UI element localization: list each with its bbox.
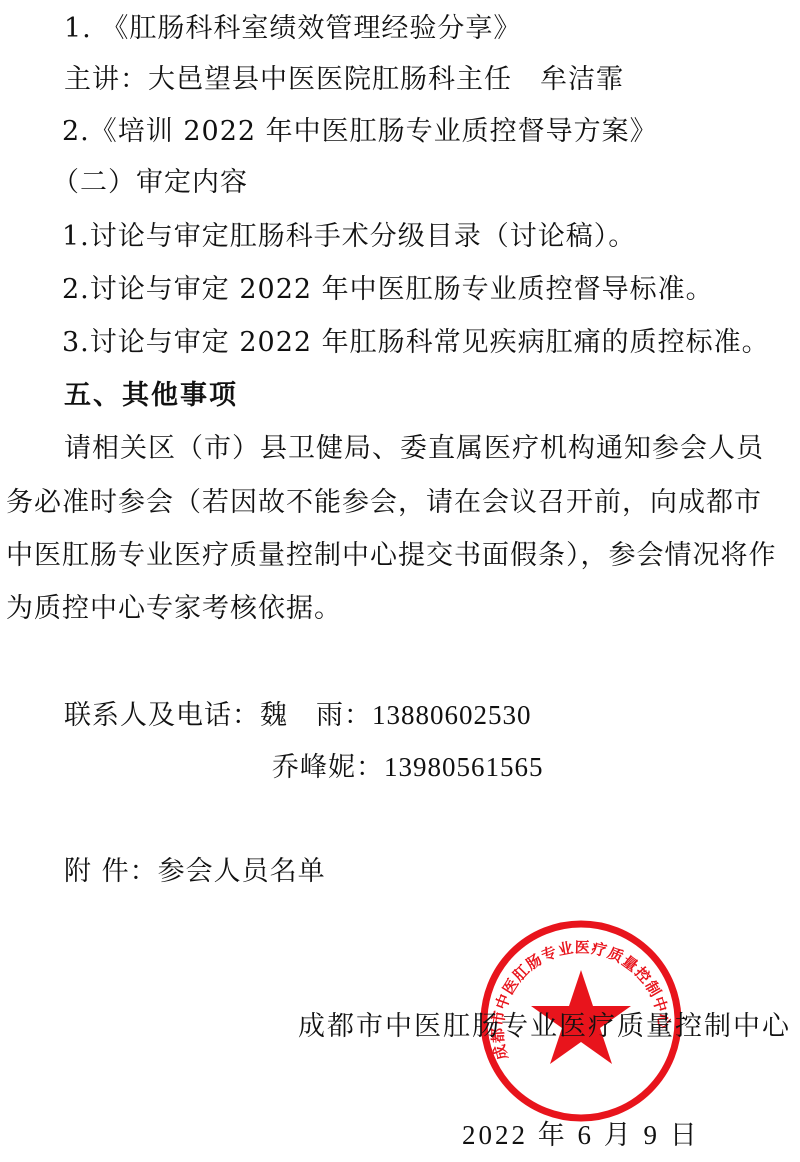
- agenda-item-2: 2.《培训 2022 年中医肛肠专业质控督导方案》: [62, 115, 658, 149]
- contact-phone-2: 13980561565: [384, 752, 544, 782]
- contact-name-1: 魏 雨：: [260, 700, 372, 731]
- section-heading-other: 五、其他事项: [64, 379, 238, 413]
- section-heading-review: （二）审定内容: [52, 166, 248, 200]
- paragraph-line-4: 为质控中心专家考核依据。: [6, 592, 342, 626]
- contact-row-2: 乔峰妮：13980561565: [272, 750, 544, 785]
- paragraph-line-1: 请相关区（市）县卫健局、委直属医疗机构通知参会人员: [64, 432, 764, 466]
- contact-phone-1: 13880602530: [372, 700, 532, 730]
- contact-label: 联系人及电话：: [64, 700, 260, 731]
- review-item-1: 1.讨论与审定肛肠科手术分级目录（讨论稿）。: [62, 220, 636, 254]
- document-date: 2022 年 6 月 9 日: [462, 1118, 700, 1152]
- review-item-2: 2.讨论与审定 2022 年中医肛肠专业质控督导标准。: [62, 273, 714, 307]
- paragraph-line-3: 中医肛肠专业医疗质量控制中心提交书面假条），参会情况将作: [6, 539, 777, 573]
- contact-name-2: 乔峰妮：: [272, 752, 384, 783]
- paragraph-line-2: 务必准时参会（若因故不能参会，请在会议召开前，向成都市: [6, 486, 762, 520]
- attachment-line: 附 件：参会人员名单: [64, 855, 326, 889]
- review-item-3: 3.讨论与审定 2022 年肛肠科常见疾病肛痛的质控标准。: [62, 326, 770, 360]
- speaker-line: 主讲：大邑望县中医医院肛肠科主任 牟洁霏: [64, 63, 624, 97]
- signature-organization: 成都市中医肛肠专业医疗质量控制中心: [298, 1010, 791, 1044]
- contact-row-1: 联系人及电话：魏 雨：13880602530: [64, 698, 532, 733]
- agenda-item-1: 1. 《肛肠科科室绩效管理经验分享》: [64, 12, 521, 46]
